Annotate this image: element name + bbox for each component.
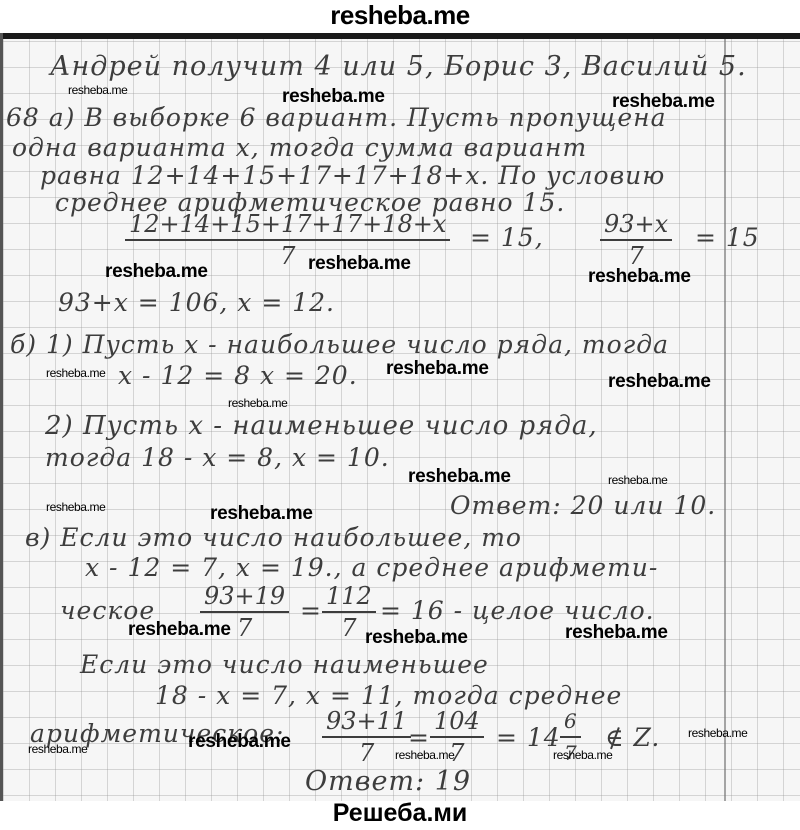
case2-whole-part: = 14: [496, 723, 561, 752]
watermark: resheba.me: [608, 473, 667, 487]
part-b-line-4: тогда 18 - x = 8, x = 10.: [45, 443, 390, 472]
part-b-answer: Ответ: 20 или 10.: [450, 491, 716, 520]
part-c-line-2: x - 12 = 7, x = 19., а среднее арифмети-: [85, 553, 658, 582]
watermark: resheba.me: [588, 266, 691, 288]
fraction-numerator: 93+19: [200, 581, 289, 613]
part-c-line-1: в) Если это число наибольшее, то: [25, 523, 522, 552]
case1-result: = 16 - целое число.: [380, 596, 655, 625]
intro-line: Андрей получит 4 или 5, Борис 3, Василий…: [50, 51, 747, 82]
part-a-line-2: одна варианта x, тогда сумма вариант: [12, 133, 587, 162]
final-answer: Ответ: 19: [305, 766, 471, 797]
watermark: resheba.me: [228, 396, 287, 410]
part-a-line-3: равна 12+14+15+17+17+18+x. По условию: [40, 161, 665, 190]
part-b-line-2: x - 12 = 8 x = 20.: [118, 361, 358, 390]
scan-top-edge: [0, 33, 800, 39]
scan-left-edge: [0, 33, 3, 801]
watermark: resheba.me: [408, 466, 511, 488]
watermark: resheba.me: [188, 731, 291, 753]
watermark: resheba.me: [282, 86, 385, 108]
scanned-notebook-page: Андрей получит 4 или 5, Борис 3, Василий…: [0, 33, 800, 801]
watermark: resheba.me: [365, 627, 468, 649]
notebook-margin-line: [724, 39, 726, 801]
part-c-line-4: Если это число наименьшее: [80, 650, 489, 679]
watermark: resheba.me: [565, 622, 668, 644]
fraction-numerator: 93+11: [322, 706, 411, 738]
watermark: resheba.me: [210, 503, 313, 525]
watermark: resheba.me: [105, 261, 208, 283]
case1-equals: =: [300, 596, 322, 625]
part-a-solution: 93+x = 106, x = 12.: [58, 288, 335, 317]
watermark: resheba.me: [68, 83, 127, 97]
watermark: resheba.me: [28, 742, 87, 756]
mean-simplified-result: = 15: [695, 223, 760, 252]
mean-equation-result: = 15,: [470, 223, 544, 252]
watermark: resheba.me: [46, 500, 105, 514]
watermark: resheba.me: [46, 366, 105, 380]
part-b-line-1: б) 1) Пусть x - наибольшее число ряда, т…: [10, 330, 669, 359]
watermark: resheba.me: [688, 726, 747, 740]
watermark: resheba.me: [128, 619, 231, 641]
watermark: resheba.me: [386, 358, 489, 380]
fraction-numerator: 93+x: [600, 209, 672, 241]
fraction-numerator: 112: [322, 581, 376, 613]
watermark: resheba.me: [308, 253, 411, 275]
watermark: resheba.me: [553, 748, 612, 762]
site-header-title: resheba.me: [0, 0, 800, 33]
case2-not-integer: ∉ Z.: [605, 723, 660, 752]
mean-simplified-fraction: 93+x 7: [600, 209, 672, 271]
watermark: resheba.me: [395, 748, 454, 762]
site-footer-title: Решеба.ми: [0, 798, 800, 830]
watermark: resheba.me: [612, 91, 715, 113]
fraction-numerator: 12+14+15+17+17+18+x: [125, 209, 450, 241]
watermark: resheba.me: [608, 371, 711, 393]
fraction-numerator: 104: [430, 706, 484, 738]
part-b-line-3: 2) Пусть x - наименьшее число ряда,: [45, 411, 598, 441]
fraction-numerator: 6: [560, 706, 581, 738]
